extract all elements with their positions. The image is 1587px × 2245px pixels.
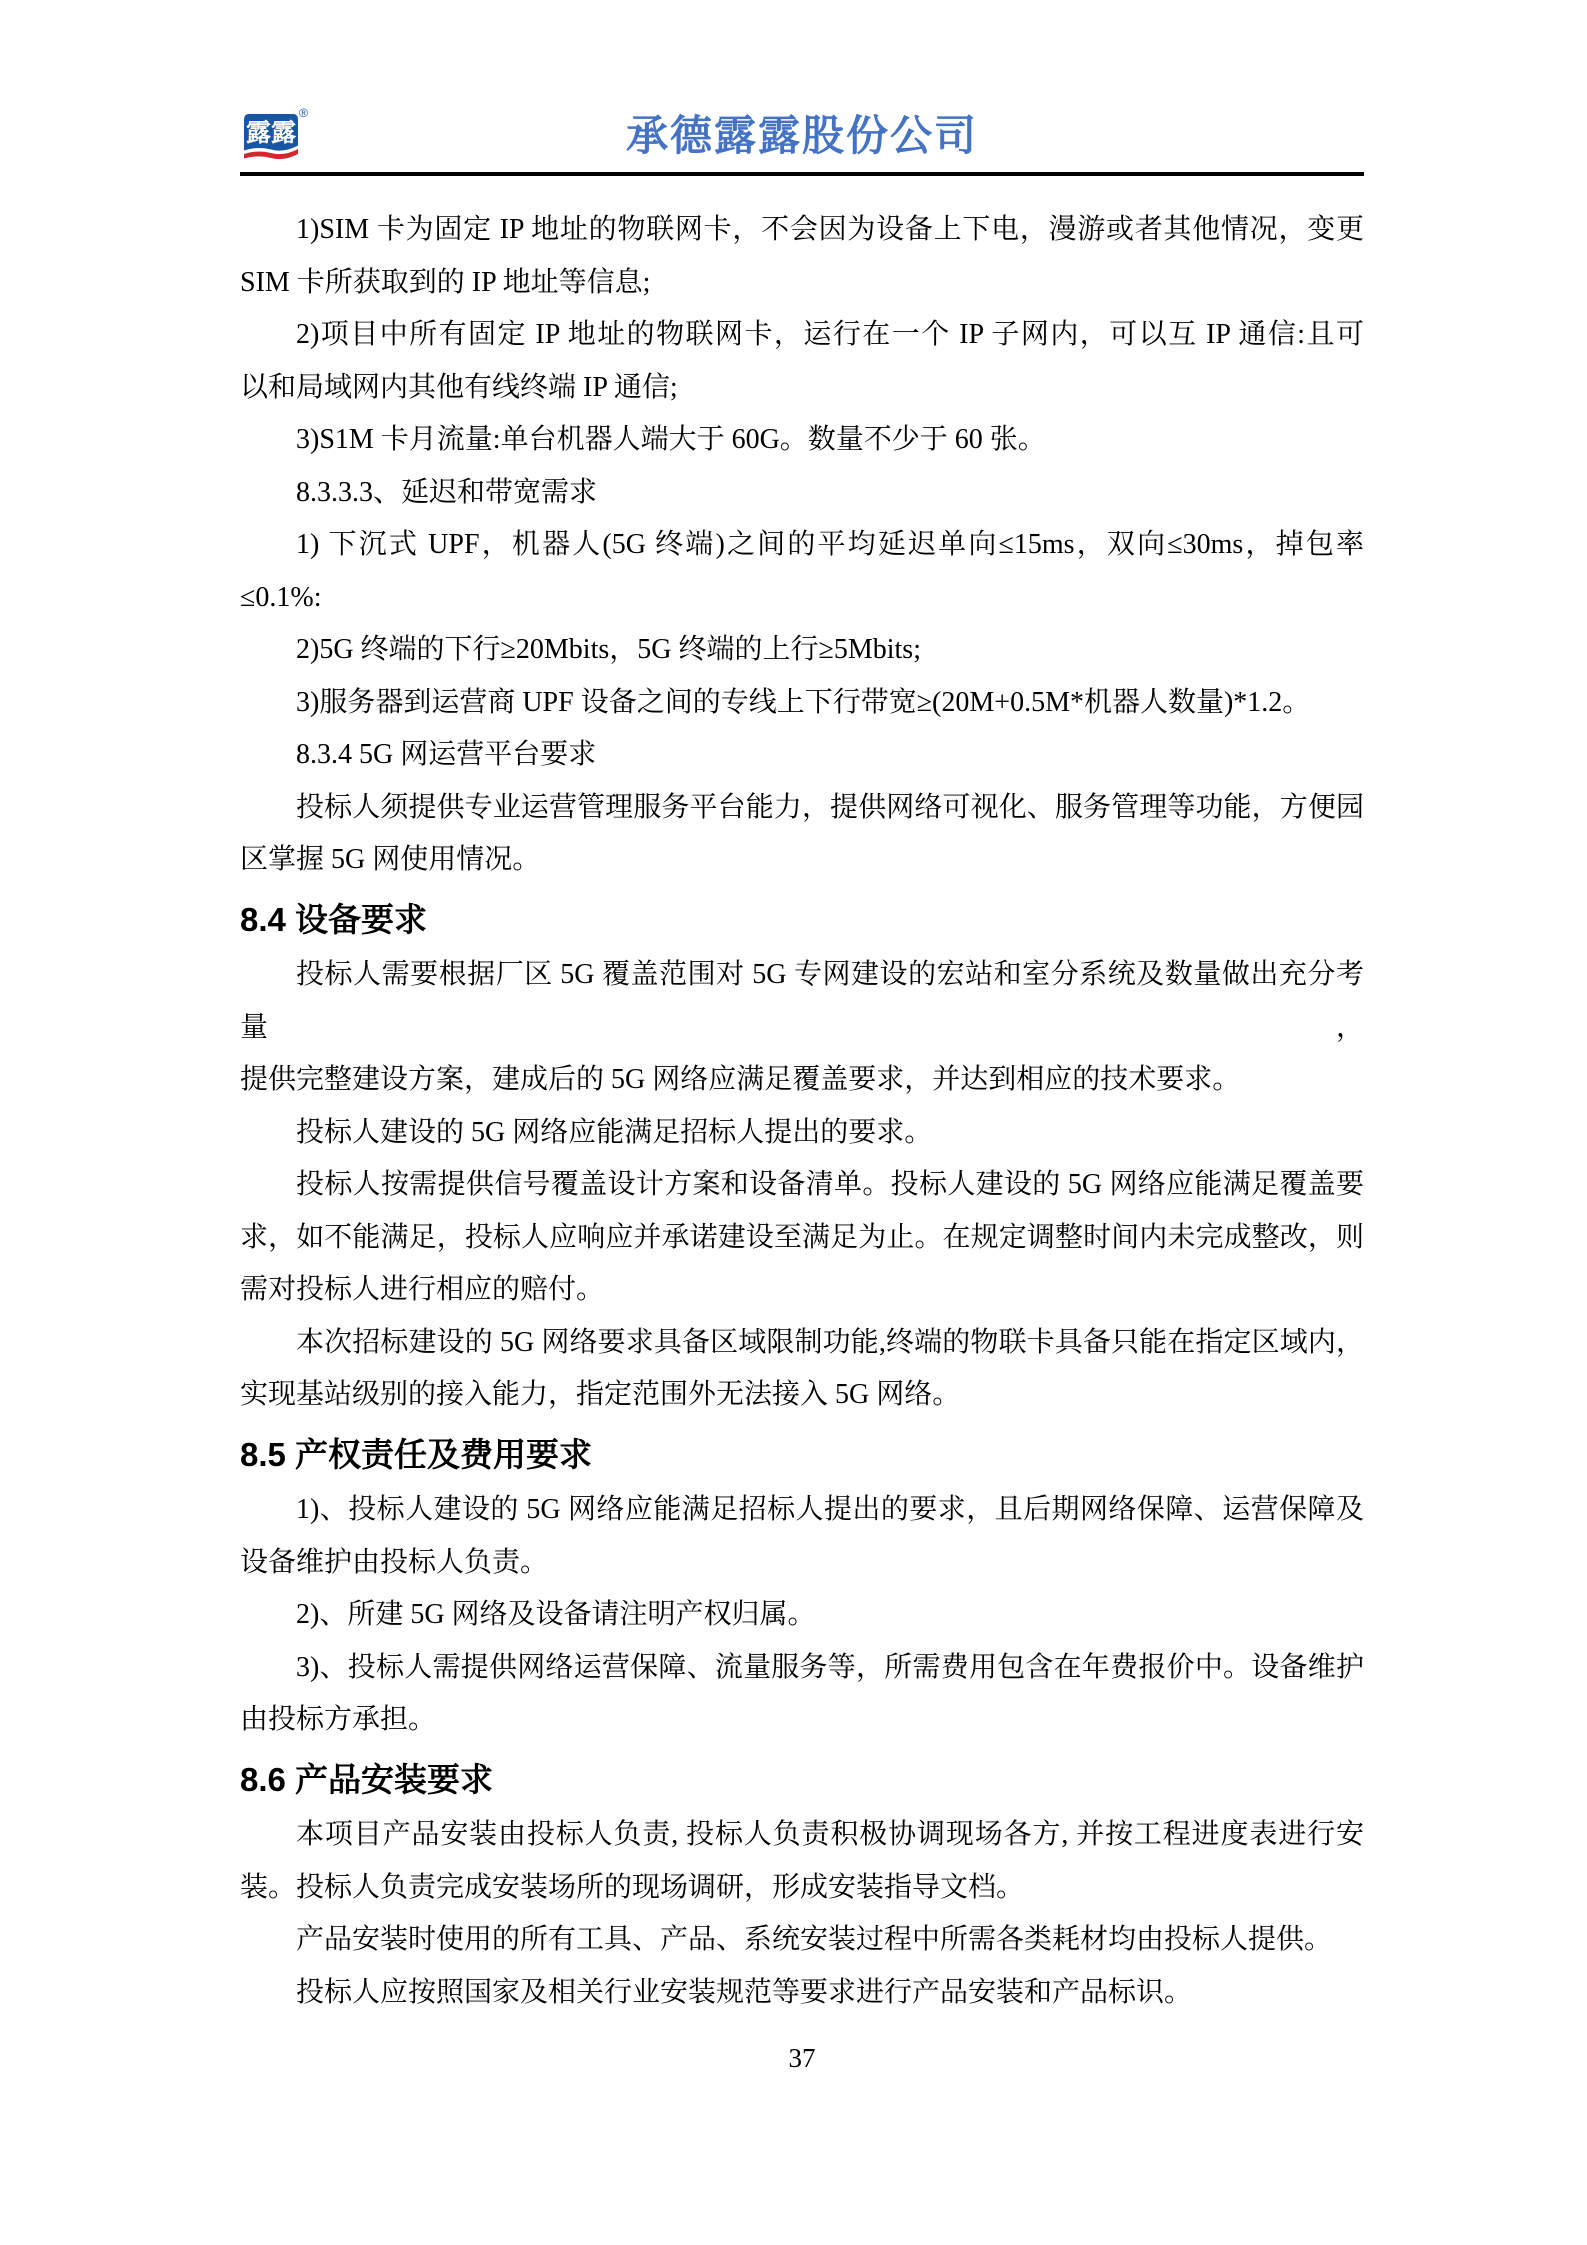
text-line: 投标人按需提供信号覆盖设计方案和设备清单。投标人建设的 5G 网络应能满足覆盖要 [240,1159,1364,1212]
text-line: 1)、投标人建设的 5G 网络应能满足招标人提出的要求，且后期网络保障、运营保障… [240,1484,1364,1537]
text-line: 实现基站级别的接入能力，指定范围外无法接入 5G 网络。 [240,1369,1364,1422]
section-heading: 8.6 产品安装要求 [240,1754,1364,1807]
document-page: 露露 ® 承德露露股份公司 1)SIM 卡为固定 IP 地址的物联网卡，不会因为… [0,0,1587,2245]
text-line: 投标人建设的 5G 网络应能满足招标人提出的要求。 [240,1107,1364,1160]
section-subheading: 8.3.3.3、延迟和带宽需求 [240,467,1364,520]
text-line: 3)、投标人需提供网络运营保障、流量服务等，所需费用包含在年费报价中。设备维护 [240,1642,1364,1695]
text-line: 2)项目中所有固定 IP 地址的物联网卡，运行在一个 IP 子网内，可以互 IP… [240,309,1364,362]
text-line: 需对投标人进行相应的赔付。 [240,1264,1364,1317]
text-line: 投标人需要根据厂区 5G 覆盖范围对 5G 专网建设的宏站和室分系统及数量做出充… [240,949,1364,1054]
text-line: 2)5G 终端的下行≥20Mbits，5G 终端的上行≥5Mbits; [240,624,1364,677]
page-number: 37 [240,2038,1364,2078]
text-line: 区掌握 5G 网使用情况。 [240,834,1364,887]
header-divider [240,172,1364,176]
text-line: 本次招标建设的 5G 网络要求具备区域限制功能,终端的物联卡具备只能在指定区域内… [240,1317,1364,1370]
text-line: 设备维护由投标人负责。 [240,1537,1364,1590]
text-line: 产品安装时使用的所有工具、产品、系统安装过程中所需各类耗材均由投标人提供。 [240,1914,1364,1967]
text-line: 装。投标人负责完成安装场所的现场调研，形成安装指导文档。 [240,1862,1364,1915]
company-name-title: 承德露露股份公司 [240,110,1364,162]
text-line: 由投标方承担。 [240,1694,1364,1747]
text-line: 投标人须提供专业运营管理服务平台能力，提供网络可视化、服务管理等功能，方便园 [240,782,1364,835]
text-line: 3)S1M 卡月流量:单台机器人端大于 60G。数量不少于 60 张。 [240,414,1364,467]
text-line: 2)、所建 5G 网络及设备请注明产权归属。 [240,1589,1364,1642]
text-line: 提供完整建设方案，建成后的 5G 网络应满足覆盖要求，并达到相应的技术要求。 [240,1054,1364,1107]
text-line: 1) 下沉式 UPF，机器人(5G 终端)之间的平均延迟单向≤15ms，双向≤3… [240,519,1364,572]
text-line: 3)服务器到运营商 UPF 设备之间的专线上下行带宽≥(20M+0.5M*机器人… [240,677,1364,730]
text-line: 以和局域网内其他有线终端 IP 通信; [240,362,1364,415]
section-heading: 8.4 设备要求 [240,894,1364,947]
section-subheading: 8.3.4 5G 网运营平台要求 [240,729,1364,782]
document-body: 1)SIM 卡为固定 IP 地址的物联网卡，不会因为设备上下电，漫游或者其他情况… [240,204,1364,2019]
text-line: 1)SIM 卡为固定 IP 地址的物联网卡，不会因为设备上下电，漫游或者其他情况… [240,204,1364,257]
text-line: SIM 卡所获取到的 IP 地址等信息; [240,257,1364,310]
text-line: 本项目产品安装由投标人负责, 投标人负责积极协调现场各方, 并按工程进度表进行安 [240,1809,1364,1862]
section-heading: 8.5 产权责任及费用要求 [240,1429,1364,1482]
text-line: ≤0.1%: [240,572,1364,625]
text-line: 投标人应按照国家及相关行业安装规范等要求进行产品安装和产品标识。 [240,1967,1364,2020]
text-line: 求，如不能满足，投标人应响应并承诺建设至满足为止。在规定调整时间内未完成整改，则 [240,1212,1364,1265]
